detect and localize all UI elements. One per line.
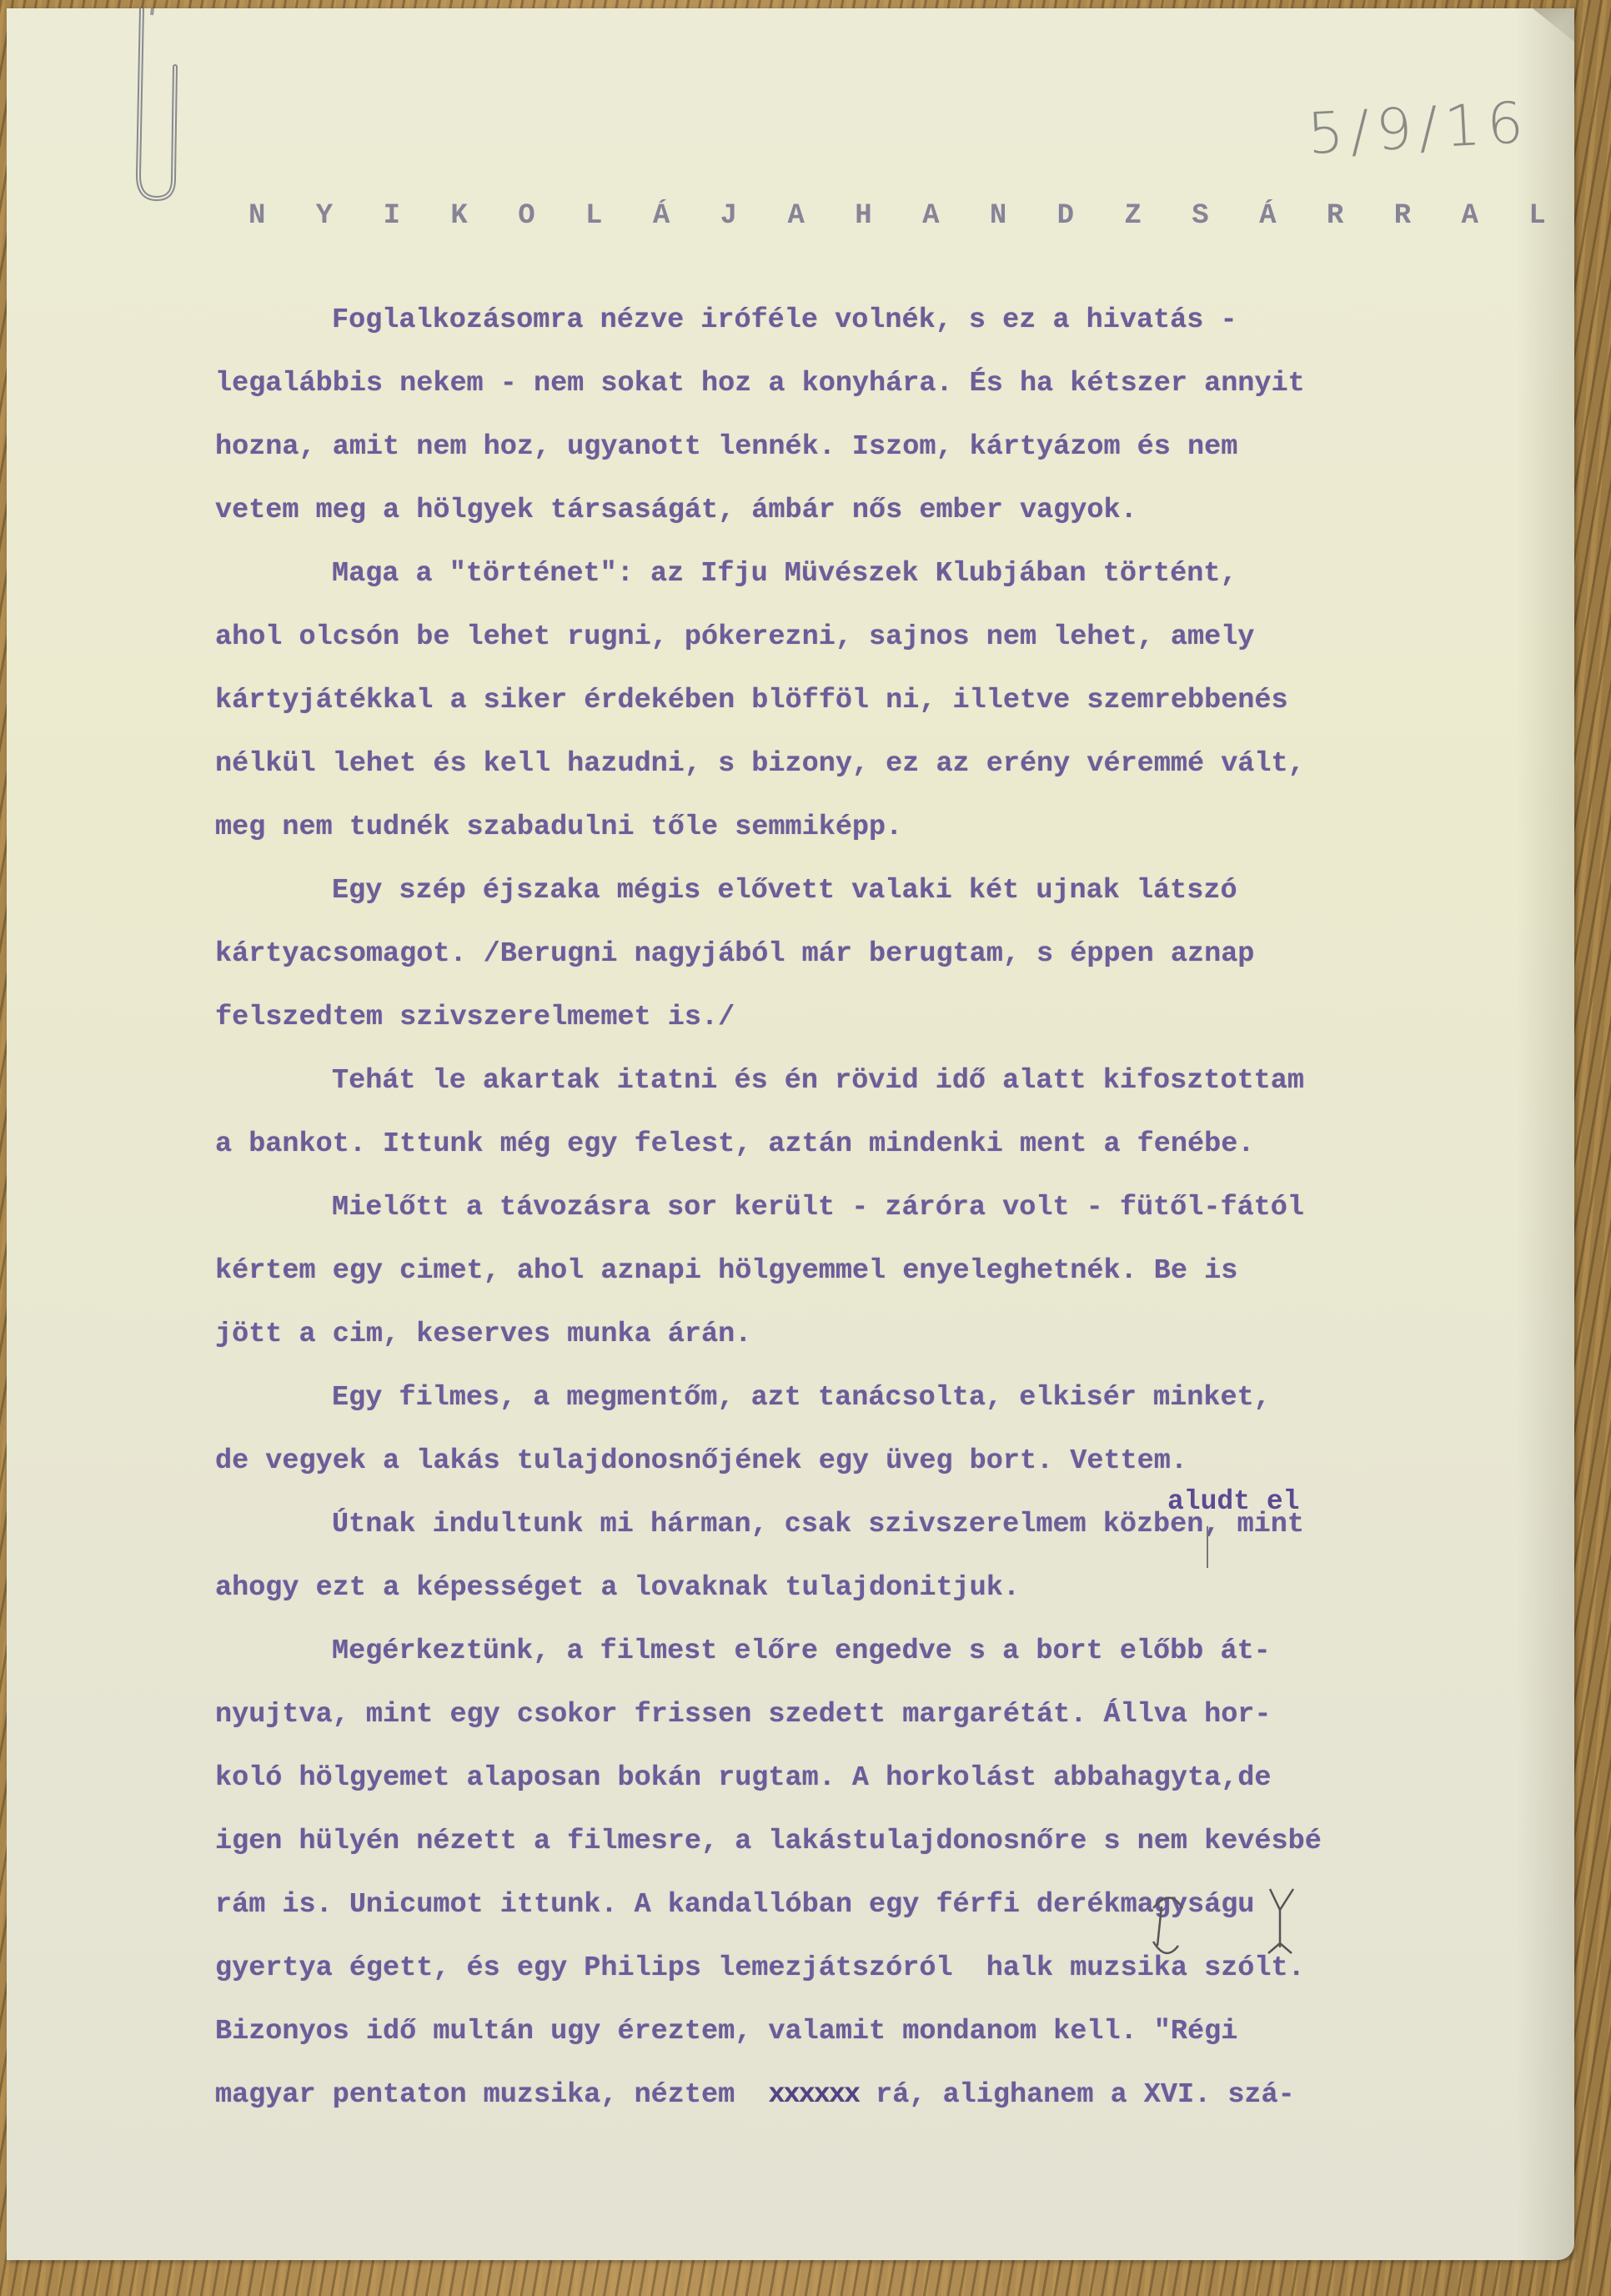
text-line: Tehát le akartak itatni és én rövid idő … [215, 1049, 1516, 1113]
text-line: ahogy ezt a képességet a lovaknak tulajd… [215, 1556, 1516, 1620]
text-line: nélkül lehet és kell hazudni, s bizony, … [215, 732, 1516, 796]
text-line: de vegyek a lakás tulajdonosnőjének egy … [215, 1429, 1516, 1493]
text-line: legalábbis nekem - nem sokat hoz a konyh… [215, 352, 1516, 415]
text-fragment: rá, alighanem a XVI. szá- [859, 2079, 1295, 2111]
text-line: igen hülyén nézett a filmesre, a lakástu… [215, 1810, 1516, 1873]
document-page: 5/9/16 N Y I K O L Á J A H A N D Z S Á R… [7, 8, 1574, 2260]
struck-out-word: xxxxxx [768, 2079, 859, 2111]
insertion-caret-icon [1199, 1522, 1216, 1572]
text-line: meg nem tudnék szabadulni tőle semmiképp… [215, 796, 1516, 859]
text-line: Foglalkozásomra nézve iróféle volnék, s … [215, 289, 1516, 352]
text-line: rám is. Unicumot ittunk. A kandallóban e… [215, 1873, 1516, 1937]
text-line: jött a cim, keserves munka árán. [215, 1303, 1516, 1366]
text-line: kértem egy cimet, ahol aznapi hölgyemmel… [215, 1239, 1516, 1303]
text-fragment: magyar pentaton muzsika, néztem [215, 2079, 768, 2111]
folded-corner [1533, 8, 1574, 42]
text-line: Bizonyos idő multán ugy éreztem, valamit… [215, 2000, 1516, 2063]
text-line: kártyacsomagot. /Berugni nagyjából már b… [215, 922, 1516, 986]
split-mark-icon [1262, 1885, 1303, 1960]
text-line: felszedtem szivszerelmemet is./ [215, 986, 1516, 1049]
text-line: vetem meg a hölgyek társaságát, ámbár nő… [215, 479, 1516, 542]
text-line: Maga a "történet": az Ifju Müvészek Klub… [215, 542, 1516, 605]
text-line: magyar pentaton muzsika, néztem xxxxxx r… [215, 2063, 1516, 2127]
handwritten-page-number: 5/9/16 [1306, 90, 1532, 168]
text-line: nyujtva, mint egy csokor frissen szedett… [215, 1683, 1516, 1746]
join-mark-icon [1141, 1892, 1191, 1958]
text-line: gyertya égett, és egy Philips lemezjátsz… [215, 1937, 1516, 2000]
text-line: Egy szép éjszaka mégis elővett valaki ké… [215, 859, 1516, 922]
text-line: Mielőtt a távozásra sor került - záróra … [215, 1176, 1516, 1239]
document-title: N Y I K O L Á J A H A N D Z S Á R R A L [248, 200, 1563, 232]
typescript-body: Foglalkozásomra nézve iróféle volnék, s … [215, 289, 1516, 2127]
text-line: ahol olcsón be lehet rugni, pókerezni, s… [215, 605, 1516, 669]
text-line: Megérkeztünk, a filmest előre engedve s … [215, 1620, 1516, 1683]
paperclip-icon [123, 8, 182, 208]
text-line: kártyjátékkal a siker érdekében blöfföl … [215, 669, 1516, 732]
text-line: a bankot. Ittunk még egy felest, aztán m… [215, 1113, 1516, 1176]
text-line: Útnak indultunk mi hárman, csak szivszer… [215, 1493, 1516, 1556]
text-line: Egy filmes, a megmentőm, azt tanácsolta,… [215, 1366, 1516, 1429]
typed-insertion: aludt el [1167, 1486, 1299, 1517]
text-line: koló hölgyemet alaposan bokán rugtam. A … [215, 1746, 1516, 1810]
text-line: hozna, amit nem hoz, ugyanott lennék. Is… [215, 415, 1516, 479]
